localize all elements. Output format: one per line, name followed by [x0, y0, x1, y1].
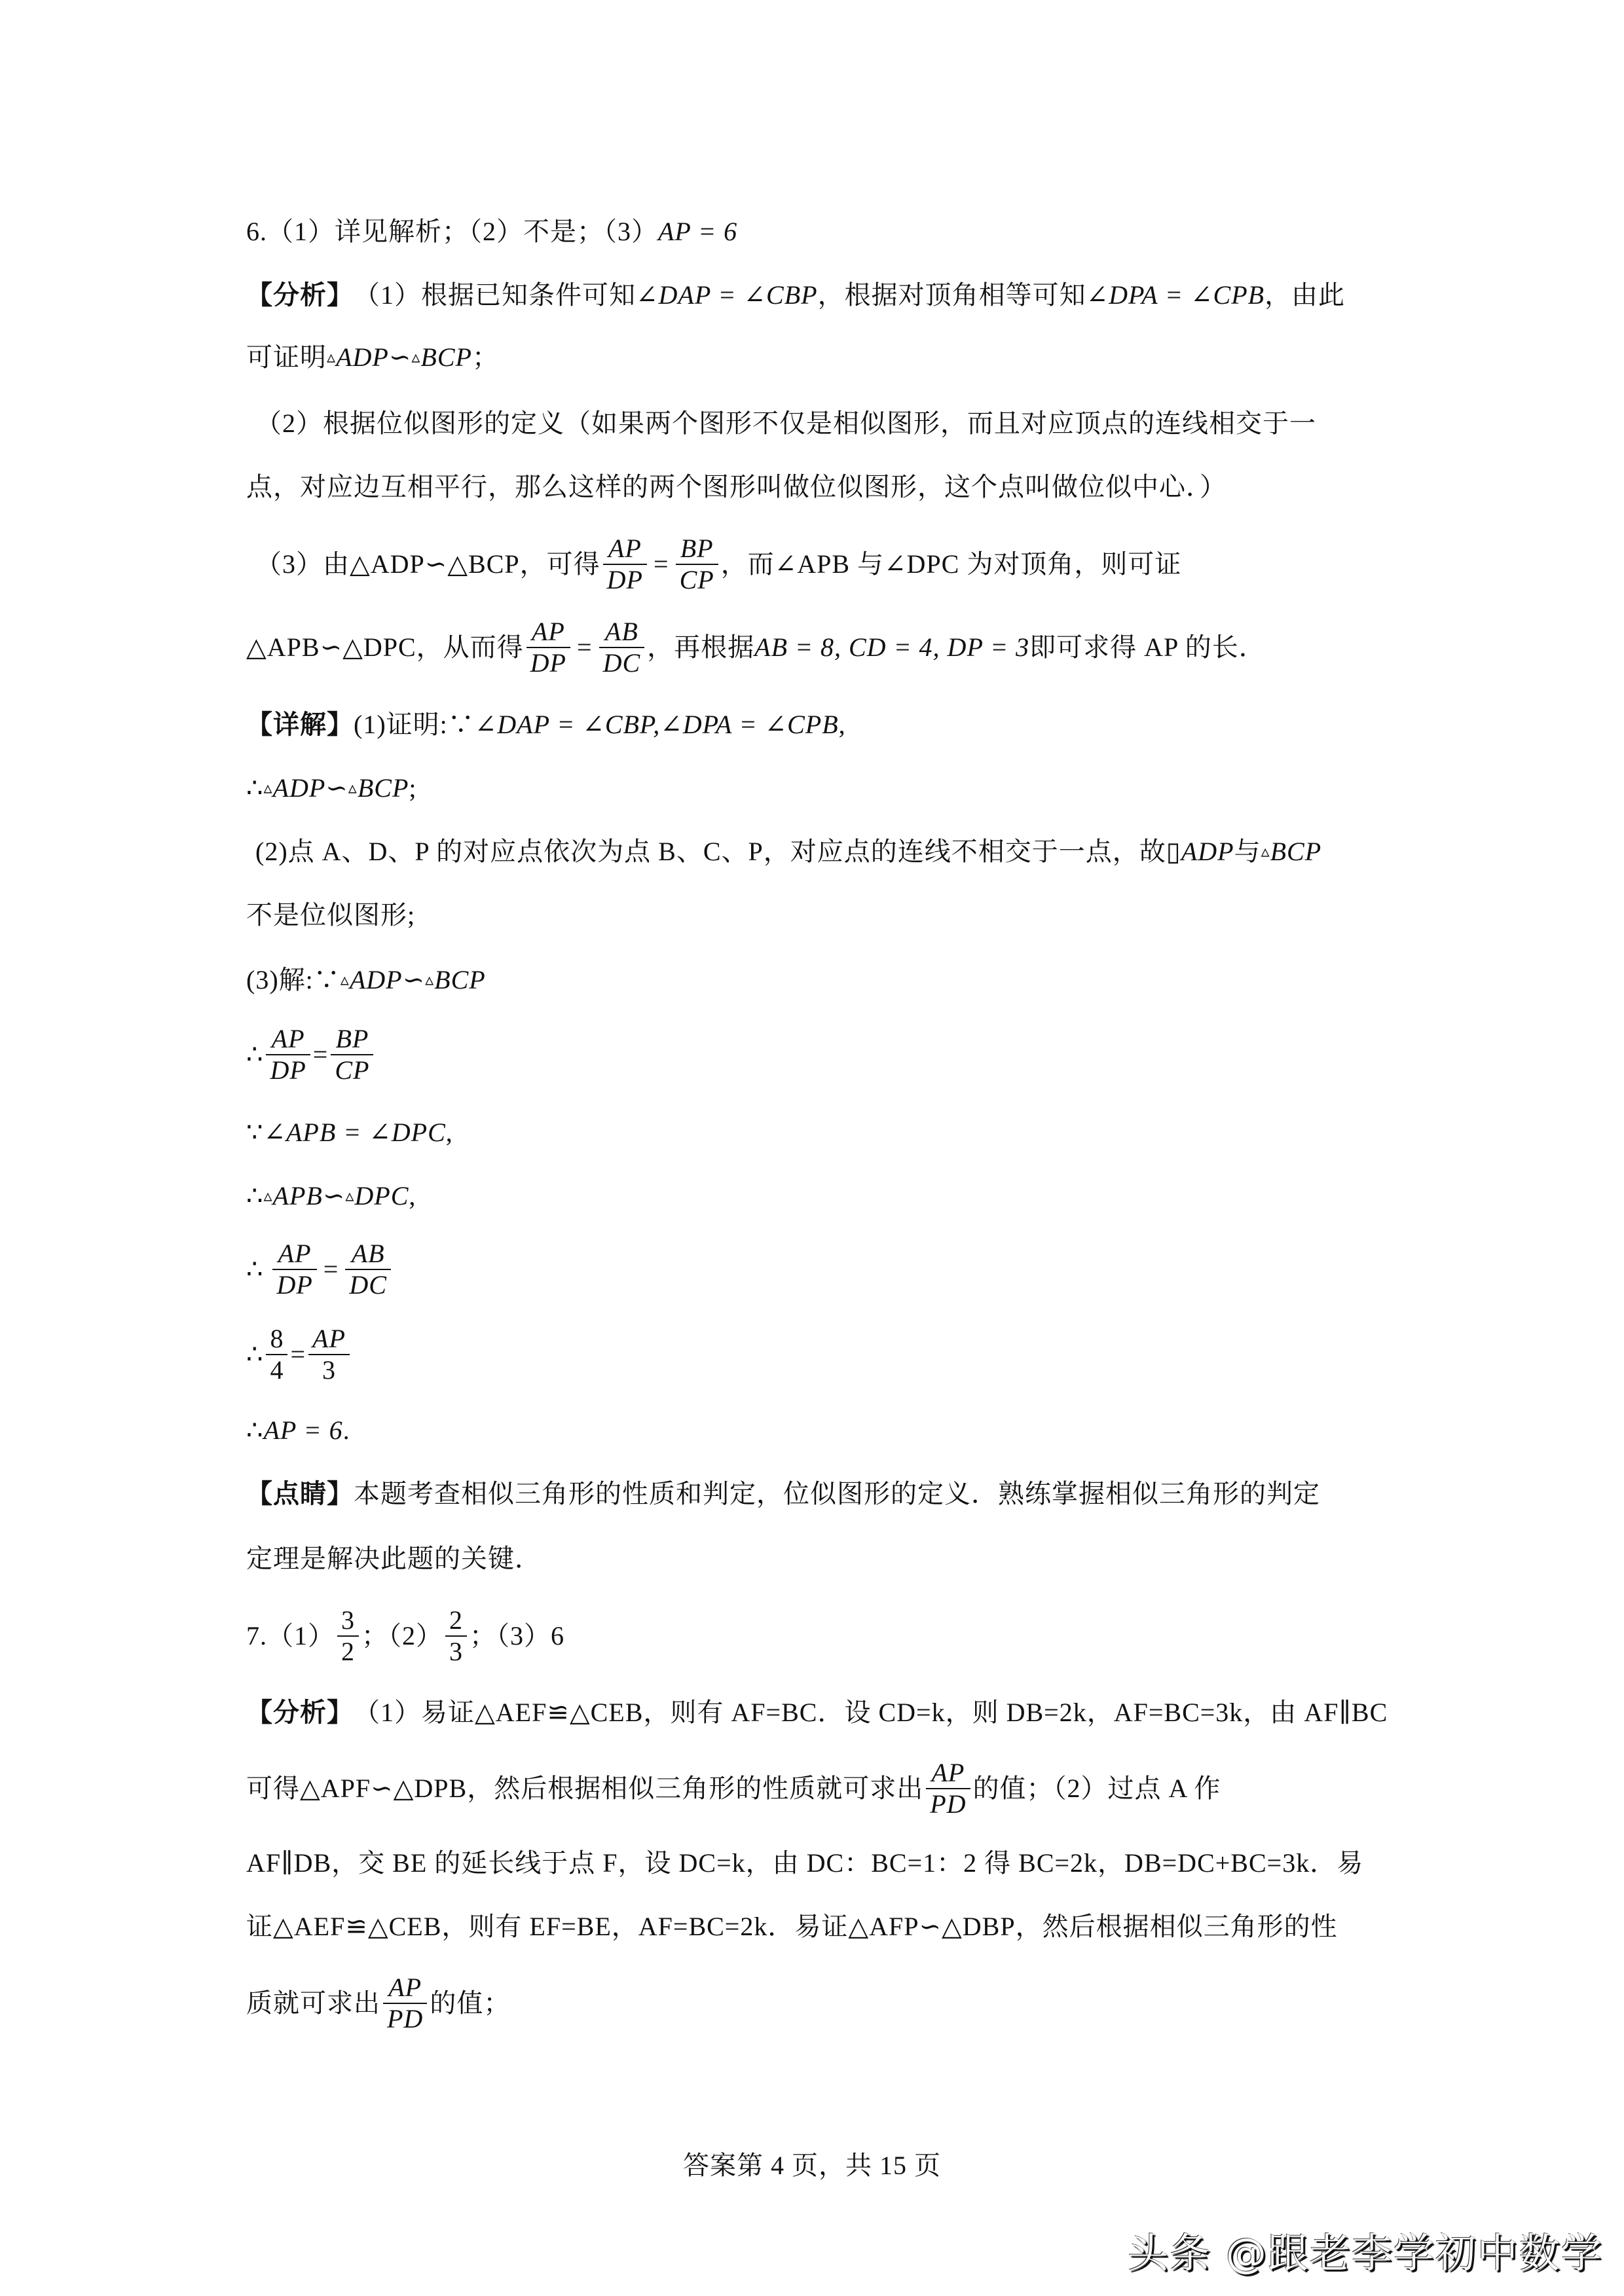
math-expression: ADP [1181, 836, 1234, 867]
text: ，根据对顶角相等可知 [818, 280, 1086, 311]
triangle-symbol: ▵ [425, 964, 434, 996]
q7-analysis-line-2: 可得△APF∽△DPB，然后根据相似三角形的性质就可求出 AP PD 的值；（2… [246, 1758, 1221, 1819]
math-expression: DPC [354, 1180, 409, 1212]
triangle-symbol: ▵ [263, 773, 272, 804]
text: 证△AEF≌△CEB，则有 EF=BE，AF=BC=2k．易证△AFP∽△DBP… [246, 1911, 1338, 1942]
fraction: BP CP [331, 1024, 373, 1085]
numerator: AP [384, 1973, 426, 2003]
math-expression: BCP [434, 964, 486, 996]
q6-detail-line-2: ∴ ▵ ADP∽ ▵ BCP ; [246, 773, 417, 804]
therefore-symbol: ∴ [246, 1039, 263, 1070]
numerator: AB [601, 617, 642, 647]
q7-answer-line: 7. （1） 3 2 ；（2） 2 3 ；（3）6 [246, 1605, 564, 1667]
denominator: DP [266, 1055, 310, 1085]
detail-tag: 【详解】 [246, 709, 354, 740]
fraction: BP CP [676, 534, 718, 595]
denominator: DC [345, 1270, 391, 1300]
text: ； [472, 342, 499, 373]
numerator: BP [331, 1024, 373, 1054]
page-footer: 答案第 4 页，共 15 页 [0, 2145, 1624, 2182]
text: 质就可求出 [246, 1988, 380, 2019]
fraction: AP DP [272, 1239, 316, 1300]
q6-detail-line-10: ∴ 8 4 = AP 3 [246, 1324, 352, 1385]
denominator: 3 [445, 1637, 467, 1667]
text: ，而∠APB 与∠DPC 为对顶角，则可证 [721, 549, 1182, 580]
q7-analysis-line-1: 【分析】 （1）易证△AEF≌△CEB，则有 AF=BC．设 CD=k，则 DB… [246, 1697, 1388, 1728]
q6-analysis-line-4: 点，对应边互相平行，那么这样的两个图形叫做位似图形，这个点叫做位似中心．） [246, 471, 1227, 503]
text: 可得△APF∽△DPB，然后根据相似三角形的性质就可求出 [246, 1773, 923, 1804]
text: △APB∽△DPC，从而得 [246, 632, 524, 663]
q6-detail-line-8: ∴ ▵ APB∽ ▵ DPC , [246, 1180, 416, 1212]
denominator: PD [926, 1789, 970, 1819]
text: , [839, 709, 846, 740]
numerator: BP [676, 534, 718, 564]
comment-tag: 【点睛】 [246, 1478, 354, 1510]
text: , [446, 1117, 453, 1148]
q6-detail-line-6: ∴ AP DP = BP CP [246, 1024, 376, 1085]
numerator: AB [348, 1239, 389, 1269]
denominator: PD [383, 2004, 427, 2034]
equals-sign: = [290, 1339, 306, 1370]
text: ；（3）6 [470, 1620, 564, 1652]
fraction: AP 3 [308, 1324, 350, 1385]
q6-detail-line-3: (2)点 A、D、P 的对应点依次为点 B、C、P，对应点的连线不相交于一点，故… [255, 836, 1321, 867]
text: 不是位似图形; [246, 900, 415, 931]
fraction: 8 4 [266, 1324, 287, 1385]
math-expression: ∠DPA = ∠CPB [1086, 280, 1264, 311]
equals-sign: = [577, 632, 593, 663]
therefore-symbol: ∴ [246, 1339, 263, 1370]
text: 本题考查相似三角形的性质和判定，位似图形的定义．熟练掌握相似三角形的判定 [354, 1478, 1320, 1510]
q6-detail-line-11: ∴ AP = 6 . [246, 1415, 350, 1446]
math-expression: ADP∽ [336, 342, 411, 373]
denominator: DC [599, 648, 645, 678]
denominator: DP [272, 1270, 316, 1300]
watermark: 头条 @跟老李学初中数学 [1128, 2221, 1603, 2279]
text: 的值； [430, 1988, 510, 2019]
numerator: 3 [337, 1605, 359, 1635]
because-symbol: ∵ [246, 1117, 263, 1148]
text: 与 [1234, 836, 1261, 867]
text: 可证明 [246, 342, 327, 373]
numerator: AP [927, 1758, 969, 1788]
denominator: DP [603, 565, 647, 595]
math-expression: ∠APB = ∠DPC [263, 1117, 445, 1148]
text: （1）易证△AEF≌△CEB，则有 AF=BC．设 CD=k，则 DB=2k，A… [354, 1697, 1388, 1728]
analysis-tag: 【分析】 [246, 280, 354, 311]
triangle-symbol: ▵ [327, 342, 336, 373]
text: ，再根据 [647, 632, 754, 663]
numerator: AP [268, 1024, 309, 1054]
q6-detail-line-5: (3)解:∵ ▵ ADP∽ ▵ BCP [246, 964, 486, 996]
therefore-symbol: ∴ [246, 773, 263, 804]
equals-sign: = [313, 1039, 329, 1070]
denominator: CP [676, 565, 718, 595]
fraction: AP DP [603, 534, 647, 595]
q6-analysis-line-5: （3）由△ADP∽△BCP，可得 AP DP = BP CP ，而∠APB 与∠… [255, 534, 1181, 595]
denominator: CP [331, 1055, 373, 1085]
q6-answer-text: （1）详见解析；（2）不是；（3） [267, 216, 658, 247]
fraction: AP PD [926, 1758, 970, 1819]
numerator: AP [308, 1324, 350, 1354]
q6-number: 6. [246, 216, 267, 247]
text: ；（2） [361, 1620, 443, 1652]
math-expression: BCP [1270, 836, 1322, 867]
fraction: 3 2 [337, 1605, 359, 1667]
text: (3)解:∵ [246, 964, 341, 996]
q6-answer-line: 6. （1）详见解析；（2）不是；（3） AP = 6 [246, 216, 737, 247]
text: （3）由△ADP∽△BCP，可得 [255, 549, 600, 580]
fraction: AB DC [345, 1239, 391, 1300]
q6-answer-math: AP = 6 [658, 216, 737, 247]
triangle-symbol: ▵ [1261, 836, 1270, 867]
math-expression: BCP [358, 773, 409, 804]
text: 点，对应边互相平行，那么这样的两个图形叫做位似图形，这个点叫做位似中心．） [246, 471, 1227, 503]
triangle-symbol: ▵ [348, 773, 358, 804]
text: AF∥DB，交 BE 的延长线于点 F，设 DC=k，由 DC：BC=1：2 得… [246, 1848, 1363, 1879]
math-expression: BCP [420, 342, 472, 373]
numerator: AP [274, 1239, 316, 1269]
q6-analysis-line-3: （2）根据位似图形的定义（如果两个图形不仅是相似图形，而且对应顶点的连线相交于一 [255, 408, 1316, 439]
math-expression: AP = 6 [263, 1415, 342, 1446]
text: （1） [267, 1620, 335, 1652]
fraction: AP PD [383, 1973, 427, 2034]
therefore-symbol: ∴ [246, 1254, 263, 1285]
triangle-symbol: ▵ [341, 964, 350, 996]
q6-detail-line-9: ∴ AP DP = AB DC [246, 1239, 394, 1300]
denominator: 3 [318, 1355, 340, 1385]
numerator: AP [604, 534, 646, 564]
denominator: 2 [337, 1637, 359, 1667]
math-expression: APB∽ [273, 1180, 346, 1212]
q7-number: 7. [246, 1620, 267, 1652]
numerator: AP [528, 617, 569, 647]
q7-analysis-line-5: 质就可求出 AP PD 的值； [246, 1973, 510, 2034]
denominator: DP [526, 648, 570, 678]
fraction: AP DP [266, 1024, 310, 1085]
triangle-symbol: ▵ [411, 342, 420, 373]
numerator: 2 [445, 1605, 467, 1635]
therefore-symbol: ∴ [246, 1180, 263, 1212]
q6-detail-line-4: 不是位似图形; [246, 900, 415, 931]
text: 的值；（2）过点 A 作 [973, 1773, 1221, 1804]
triangle-symbol: ▵ [263, 1180, 272, 1212]
q7-analysis-line-3: AF∥DB，交 BE 的延长线于点 F，设 DC=k，由 DC：BC=1：2 得… [246, 1848, 1363, 1879]
denominator: 4 [266, 1355, 287, 1385]
text: （1）根据已知条件可知 [354, 280, 636, 311]
q6-analysis-line-6: △APB∽△DPC，从而得 AP DP = AB DC ，再根据 AB = 8,… [246, 617, 1266, 678]
text: 即可求得 AP 的长． [1029, 632, 1266, 663]
text: (1)证明:∵ [354, 709, 475, 740]
analysis-tag: 【分析】 [246, 1697, 354, 1728]
math-expression: ADP∽ [350, 964, 425, 996]
q6-comment-line-2: 定理是解决此题的关键． [246, 1543, 542, 1575]
text: （2）根据位似图形的定义（如果两个图形不仅是相似图形，而且对应顶点的连线相交于一 [255, 408, 1316, 439]
text: ，由此 [1264, 280, 1345, 311]
text: . [343, 1415, 350, 1446]
q6-detail-line-7: ∵ ∠APB = ∠DPC , [246, 1117, 453, 1148]
fraction: 2 3 [445, 1605, 467, 1667]
equals-sign: = [323, 1254, 339, 1285]
math-expression: ∠DAP = ∠CBP,∠DPA = ∠CPB [475, 709, 839, 740]
triangle-symbol: ▵ [345, 1180, 354, 1212]
text: ; [409, 773, 416, 804]
equals-sign: = [654, 549, 669, 580]
fraction: AB DC [599, 617, 645, 678]
math-expression: ∠DAP = ∠CBP [636, 280, 818, 311]
q6-analysis-line-2: 可证明 ▵ ADP∽ ▵ BCP ； [246, 342, 499, 373]
math-expression: AB = 8, CD = 4, DP = 3 [754, 632, 1029, 663]
q7-analysis-line-4: 证△AEF≌△CEB，则有 EF=BE，AF=BC=2k．易证△AFP∽△DBP… [246, 1911, 1338, 1942]
numerator: 8 [266, 1324, 287, 1354]
text: (2)点 A、D、P 的对应点依次为点 B、C、P，对应点的连线不相交于一点，故… [255, 836, 1181, 867]
text: 定理是解决此题的关键． [246, 1543, 542, 1575]
therefore-symbol: ∴ [246, 1415, 263, 1446]
fraction: AP DP [526, 617, 570, 678]
text: , [409, 1180, 416, 1212]
q6-comment-line-1: 【点睛】 本题考查相似三角形的性质和判定，位似图形的定义．熟练掌握相似三角形的判… [246, 1478, 1320, 1510]
q6-detail-line-1: 【详解】 (1)证明:∵ ∠DAP = ∠CBP,∠DPA = ∠CPB , [246, 709, 846, 740]
math-expression: ADP∽ [273, 773, 348, 804]
q6-analysis-line-1: 【分析】 （1）根据已知条件可知 ∠DAP = ∠CBP ，根据对顶角相等可知 … [246, 280, 1345, 311]
